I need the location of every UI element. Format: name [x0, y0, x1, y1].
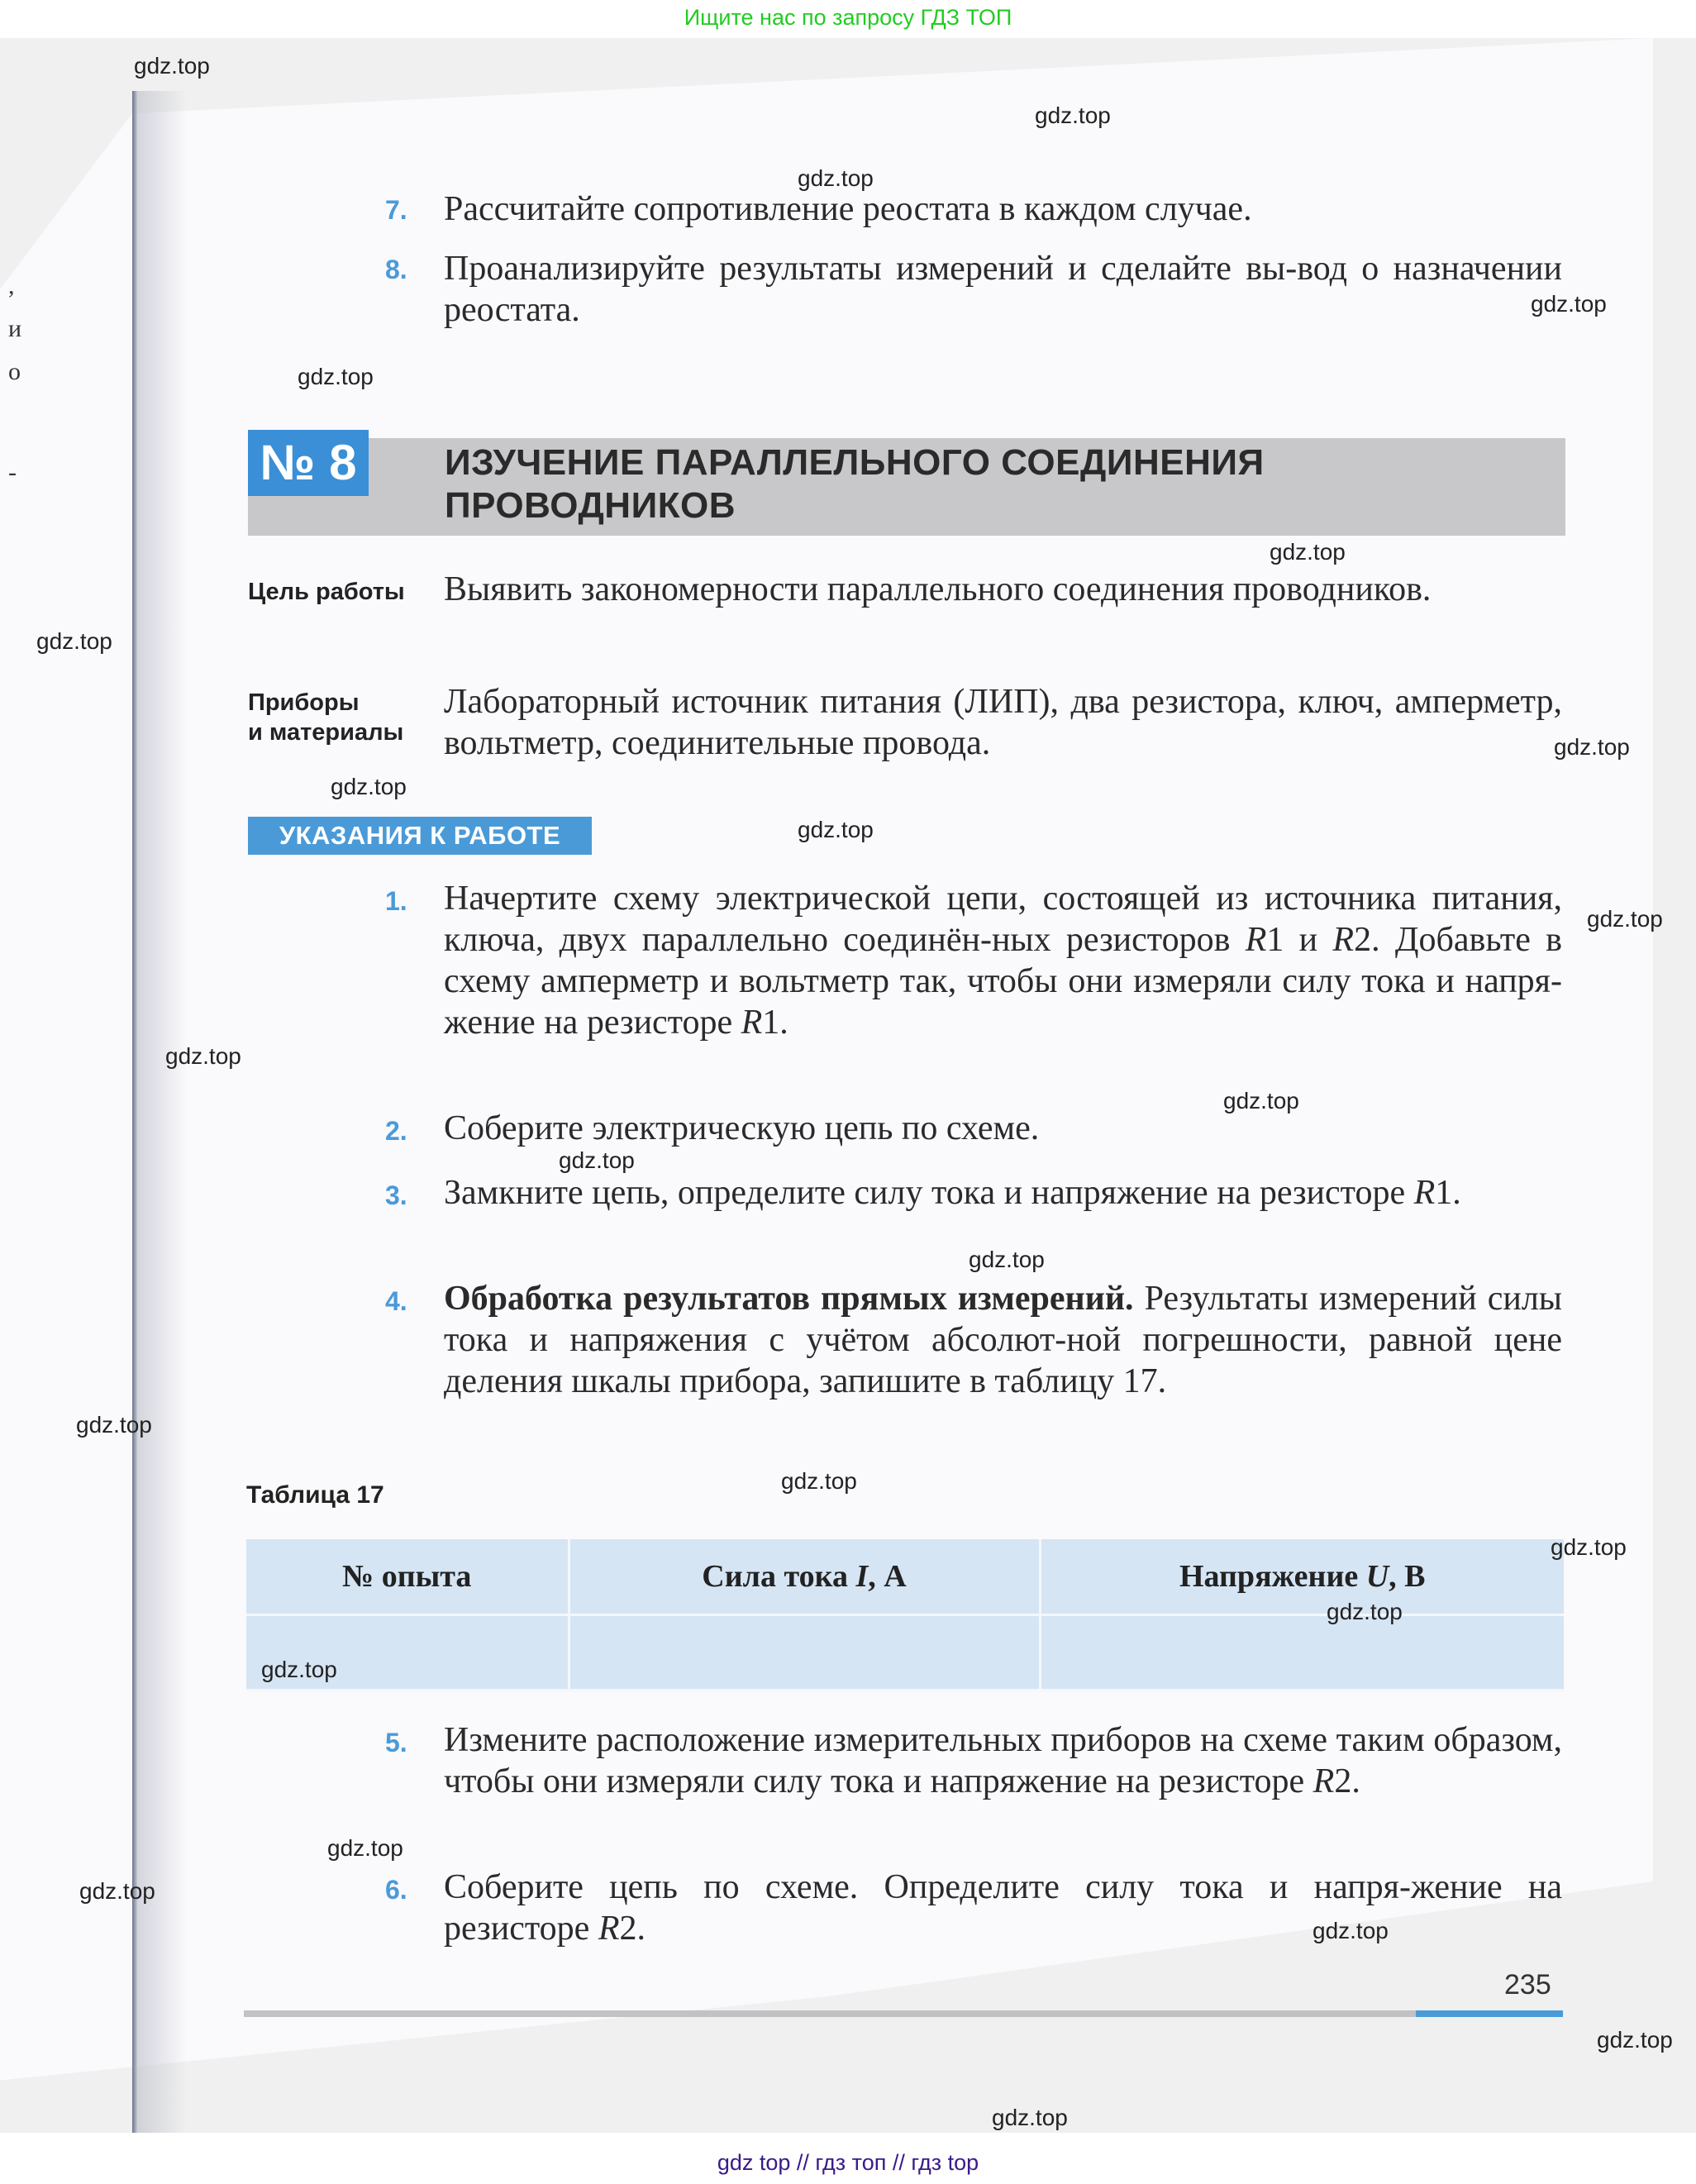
item-number: 7. — [385, 195, 407, 226]
footer-rule — [244, 2010, 1416, 2017]
step-2: Соберите электрическую цепь по схеме. — [444, 1108, 1562, 1149]
search-hint: Ищите нас по запросу ГДЗ ТОП — [684, 5, 1012, 30]
watermark: gdz.top — [1554, 734, 1630, 761]
watermark: gdz.top — [781, 1468, 857, 1495]
watermark: gdz.top — [1327, 1599, 1403, 1625]
column-header-current: Сила тока I, А — [569, 1539, 1040, 1615]
watermark: gdz.top — [165, 1043, 241, 1070]
watermark: gdz.top — [1270, 539, 1346, 565]
step-number: 6. — [385, 1875, 407, 1905]
column-header-trial: № опыта — [246, 1539, 569, 1615]
step-number: 1. — [385, 886, 407, 917]
goal-label: Цель работы — [248, 577, 405, 607]
lab-title: ИЗУЧЕНИЕ ПАРАЛЛЕЛЬНОГО СОЕДИНЕНИЯ ПРОВОД… — [445, 441, 1519, 527]
step-number: 2. — [385, 1116, 407, 1147]
textbook-page — [0, 38, 1653, 2133]
step-6: Соберите цепь по схеме. Определите силу … — [444, 1867, 1562, 1949]
lab-number-badge: № 8 — [248, 430, 369, 496]
watermark: gdz.top — [969, 1247, 1045, 1273]
footer-rule-accent — [1416, 2010, 1563, 2017]
step-number: 5. — [385, 1728, 407, 1758]
spine-shadow — [137, 91, 187, 2141]
watermark: gdz.top — [1312, 1918, 1389, 1944]
item-number: 8. — [385, 255, 407, 285]
site-banner-bottom: gdz top // гдз топ // гдз top — [0, 2133, 1696, 2184]
table-caption: Таблица 17 — [246, 1481, 384, 1509]
table-row — [246, 1615, 1564, 1690]
step-number: 3. — [385, 1180, 407, 1211]
equipment-text: Лабораторный источник питания (ЛИП), два… — [444, 681, 1562, 764]
watermark: gdz.top — [798, 817, 874, 843]
watermark: gdz.top — [992, 2105, 1068, 2131]
goal-text: Выявить закономерности параллельного сое… — [444, 569, 1562, 610]
step-5: Измените расположение измерительных приб… — [444, 1719, 1562, 1802]
equipment-label: Приборы и материалы — [248, 688, 403, 747]
page-number: 235 — [1504, 1969, 1551, 2001]
watermark: gdz.top — [559, 1147, 635, 1174]
list-item: Проанализируйте результаты измерений и с… — [444, 248, 1562, 331]
list-item: Рассчитайте сопротивление реостата в каж… — [444, 188, 1562, 230]
watermark: gdz.top — [261, 1657, 337, 1683]
step-number: 4. — [385, 1286, 407, 1317]
site-banner-top: Ищите нас по запросу ГДЗ ТОП — [0, 0, 1696, 38]
watermark: gdz.top — [1223, 1088, 1299, 1114]
watermark: gdz.top — [331, 774, 407, 800]
instructions-section-label: УКАЗАНИЯ К РАБОТЕ — [248, 817, 592, 855]
watermark: gdz.top — [36, 628, 112, 655]
watermark: gdz.top — [1597, 2027, 1673, 2053]
step-4: Обработка результатов прямых измерений. … — [444, 1278, 1562, 1402]
step-1: Начертите схему электрической цепи, сост… — [444, 878, 1562, 1043]
watermark: gdz.top — [1531, 291, 1607, 317]
watermark: gdz.top — [298, 364, 374, 390]
watermark: gdz.top — [1035, 103, 1111, 129]
step-3: Замкните цепь, определите силу тока и на… — [444, 1172, 1562, 1214]
watermark: gdz.top — [1551, 1534, 1627, 1561]
watermark: gdz.top — [798, 165, 874, 192]
table-cell — [569, 1615, 1040, 1690]
watermark: gdz.top — [76, 1412, 152, 1438]
site-links[interactable]: gdz top // гдз топ // гдз top — [717, 2150, 979, 2175]
watermark: gdz.top — [134, 53, 210, 79]
watermark: gdz.top — [79, 1878, 155, 1905]
table-cell — [1040, 1615, 1564, 1690]
column-header-voltage: Напряжение U, В — [1040, 1539, 1564, 1615]
prev-page-fragments: , и о - — [8, 265, 21, 494]
watermark: gdz.top — [327, 1835, 403, 1862]
watermark: gdz.top — [1587, 906, 1663, 932]
